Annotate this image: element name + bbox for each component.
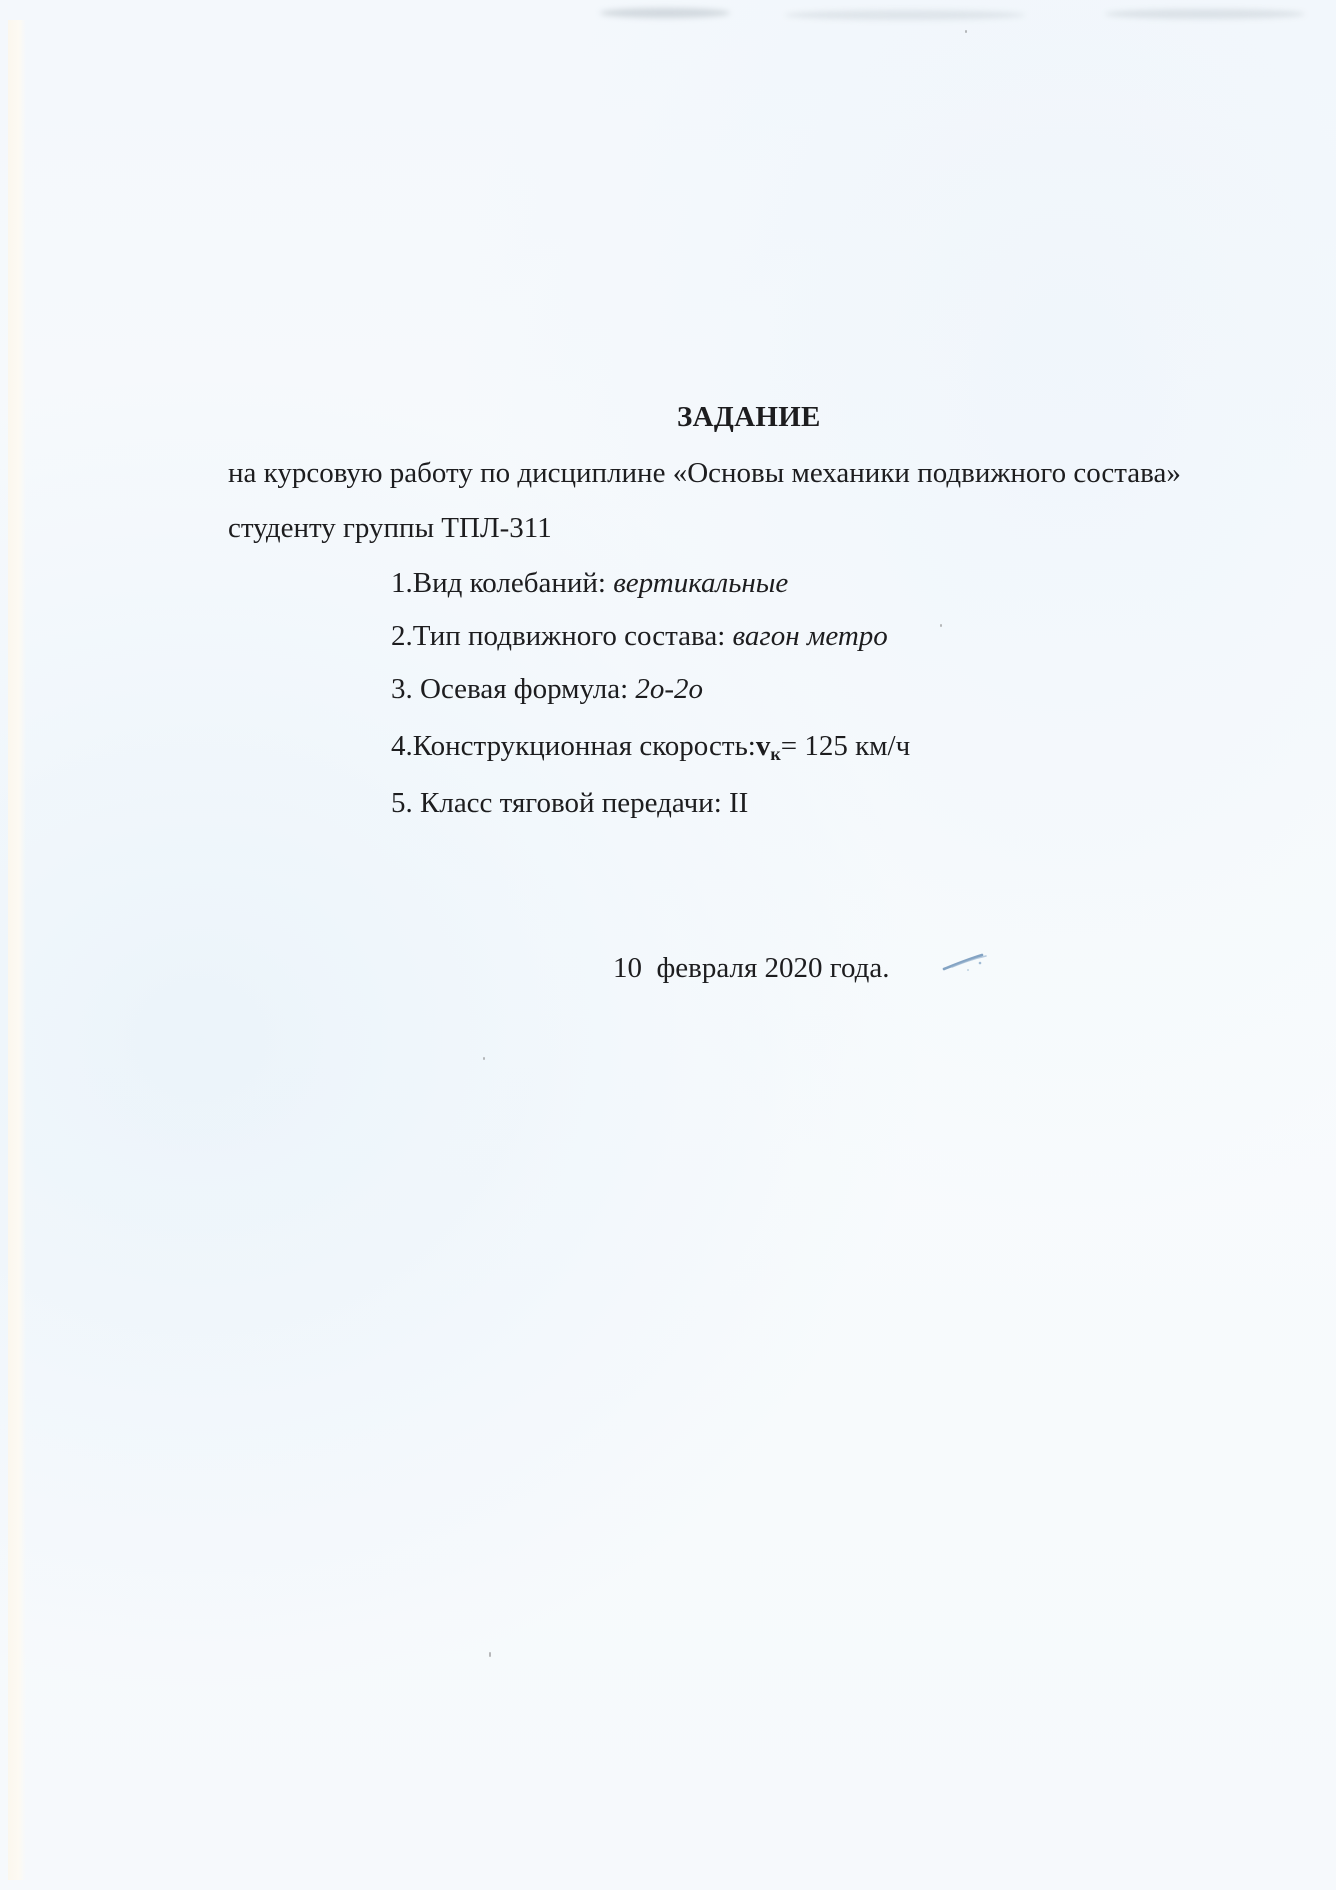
item-label: 4.Конструкционная скорость: xyxy=(391,730,756,762)
list-item-traction-class: 5. Класс тяговой передачи: II xyxy=(391,789,748,818)
page-edge-strip xyxy=(8,20,26,1880)
speed-symbol: v xyxy=(756,730,771,762)
signature-pen-mark xyxy=(942,950,990,974)
list-item-rolling-stock-type: 2.Тип подвижного состава: вагон метро xyxy=(391,622,888,651)
document-date: 10 февраля 2020 года. xyxy=(613,954,890,983)
dust-speck xyxy=(489,1652,491,1657)
list-item-design-speed: 4.Конструкционная скорость:vк= 125 км/ч xyxy=(391,732,910,763)
scan-smudge xyxy=(600,8,730,18)
list-item-oscillation-type: 1.Вид колебаний: вертикальные xyxy=(391,569,788,598)
item-value: вагон метро xyxy=(733,620,888,652)
item-value: 2о-2о xyxy=(635,673,703,705)
item-value: вертикальные xyxy=(613,567,788,599)
speed-subscript: к xyxy=(770,744,780,764)
dust-speck xyxy=(483,1057,485,1060)
dust-speck xyxy=(965,30,967,33)
item-value: = 125 км/ч xyxy=(781,730,910,762)
scan-smudge xyxy=(1105,9,1305,19)
item-value: II xyxy=(729,787,748,819)
scan-smudge xyxy=(785,10,1025,20)
assignment-intro-line: на курсовую работу по дисциплине «Основы… xyxy=(228,459,1181,488)
dust-speck xyxy=(940,624,942,627)
item-label: 2.Тип подвижного состава: xyxy=(391,620,733,652)
item-label: 1.Вид колебаний: xyxy=(391,567,613,599)
item-label: 5. Класс тяговой передачи: xyxy=(391,787,729,819)
student-group-line: студенту группы ТПЛ-311 xyxy=(228,514,552,543)
scanned-page xyxy=(0,0,1336,1890)
list-item-axle-formula: 3. Осевая формула: 2о-2о xyxy=(391,675,703,704)
item-label: 3. Осевая формула: xyxy=(391,673,635,705)
document-title: ЗАДАНИЕ xyxy=(677,403,821,432)
